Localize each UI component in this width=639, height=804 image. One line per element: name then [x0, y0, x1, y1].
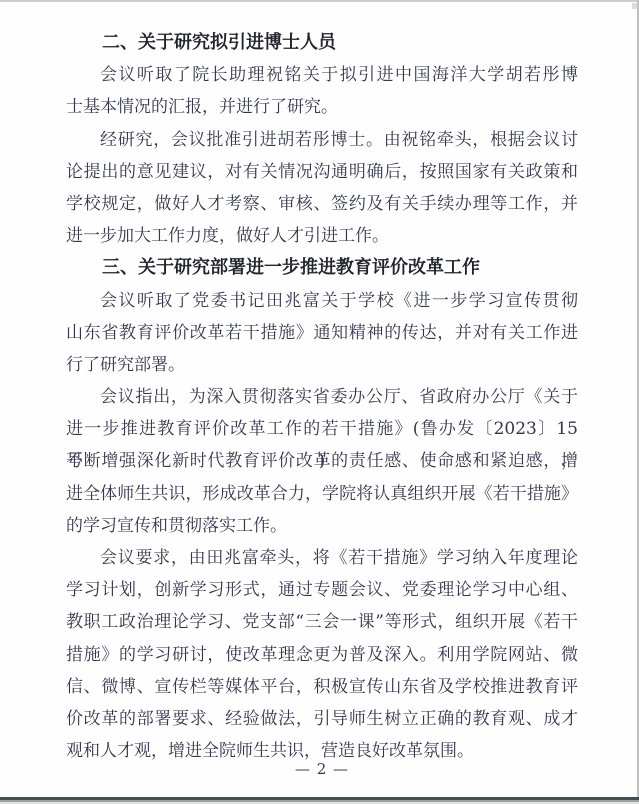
heading: 三、关于研究部署进一步推进教育评价改革工作	[66, 252, 578, 284]
text-line: 行了研究部署。	[66, 349, 578, 381]
text-line: 进全体师生共识，形成改革合力，学院将认真组织开展《若干措施》	[66, 478, 578, 510]
scan-bottom-edge	[0, 797, 639, 804]
text-line: 三、关于研究部署进一步推进教育评价改革工作	[66, 252, 578, 284]
text-line: 进一步推进教育评价改革工作的若干措施》(鲁办发〔2023〕15号)，	[66, 413, 578, 445]
paragraph: 经研究，会议批准引进胡若彤博士。由祝铭牵头，根据会议讨论提出的意见建议，对有关情…	[66, 124, 578, 253]
text-line: 山东省教育评价改革若干措施》通知精神的传达，并对有关工作进	[66, 317, 578, 349]
text-line: 进一步加大工作力度，做好人才引进工作。	[66, 220, 578, 252]
text-line: 士基本情况的汇报，并进行了研究。	[66, 91, 578, 123]
text-line: 学校规定，做好人才考察、审核、签约及有关手续办理等工作，并	[66, 188, 578, 220]
text-line: 信、微博、宣传栏等媒体平台，积极宣传山东省及学校推进教育评	[66, 671, 578, 703]
text-line: 的学习宣传和贯彻落实工作。	[66, 510, 578, 542]
text-line: 经研究，会议批准引进胡若彤博士。由祝铭牵头，根据会议讨	[66, 124, 578, 156]
page: 二、关于研究拟引进博士人员会议听取了院长助理祝铭关于拟引进中国海洋大学胡若彤博士…	[0, 0, 639, 804]
text-line: 学习计划，创新学习形式，通过专题会议、党委理论学习中心组、	[66, 574, 578, 606]
text-line: 二、关于研究拟引进博士人员	[66, 27, 578, 59]
heading: 二、关于研究拟引进博士人员	[66, 27, 578, 59]
text-line: 会议听取了院长助理祝铭关于拟引进中国海洋大学胡若彤博	[66, 59, 578, 91]
text-line: 会议要求，由田兆富牵头，将《若干措施》学习纳入年度理论	[66, 542, 578, 574]
page-number: — 2 —	[66, 758, 578, 780]
scan-top-edge	[0, 0, 639, 2]
paragraph: 会议听取了党委书记田兆富关于学校《进一步学习宣传贯彻山东省教育评价改革若干措施》…	[66, 285, 578, 382]
text-line: 论提出的意见建议，对有关情况沟通明确后，按照国家有关政策和	[66, 156, 578, 188]
document-body: 二、关于研究拟引进博士人员会议听取了院长助理祝铭关于拟引进中国海洋大学胡若彤博士…	[66, 27, 578, 767]
text-line: 不断增强深化新时代教育评价改革的责任感、使命感和紧迫感，增	[66, 445, 578, 477]
text-line: 教职工政治理论学习、党支部“三会一课”等形式，组织开展《若干	[66, 606, 578, 638]
paragraph: 会议指出，为深入贯彻落实省委办公厅、省政府办公厅《关于进一步推进教育评价改革工作…	[66, 381, 578, 542]
text-line: 会议听取了党委书记田兆富关于学校《进一步学习宣传贯彻	[66, 285, 578, 317]
text-line: 会议指出，为深入贯彻落实省委办公厅、省政府办公厅《关于	[66, 381, 578, 413]
paragraph: 会议要求，由田兆富牵头，将《若干措施》学习纳入年度理论学习计划，创新学习形式，通…	[66, 542, 578, 767]
paragraph: 会议听取了院长助理祝铭关于拟引进中国海洋大学胡若彤博士基本情况的汇报，并进行了研…	[66, 59, 578, 123]
text-line: 价改革的部署要求、经验做法，引导师生树立正确的教育观、成才	[66, 703, 578, 735]
text-line: 措施》的学习研讨，使改革理念更为普及深入。利用学院网站、微	[66, 639, 578, 671]
